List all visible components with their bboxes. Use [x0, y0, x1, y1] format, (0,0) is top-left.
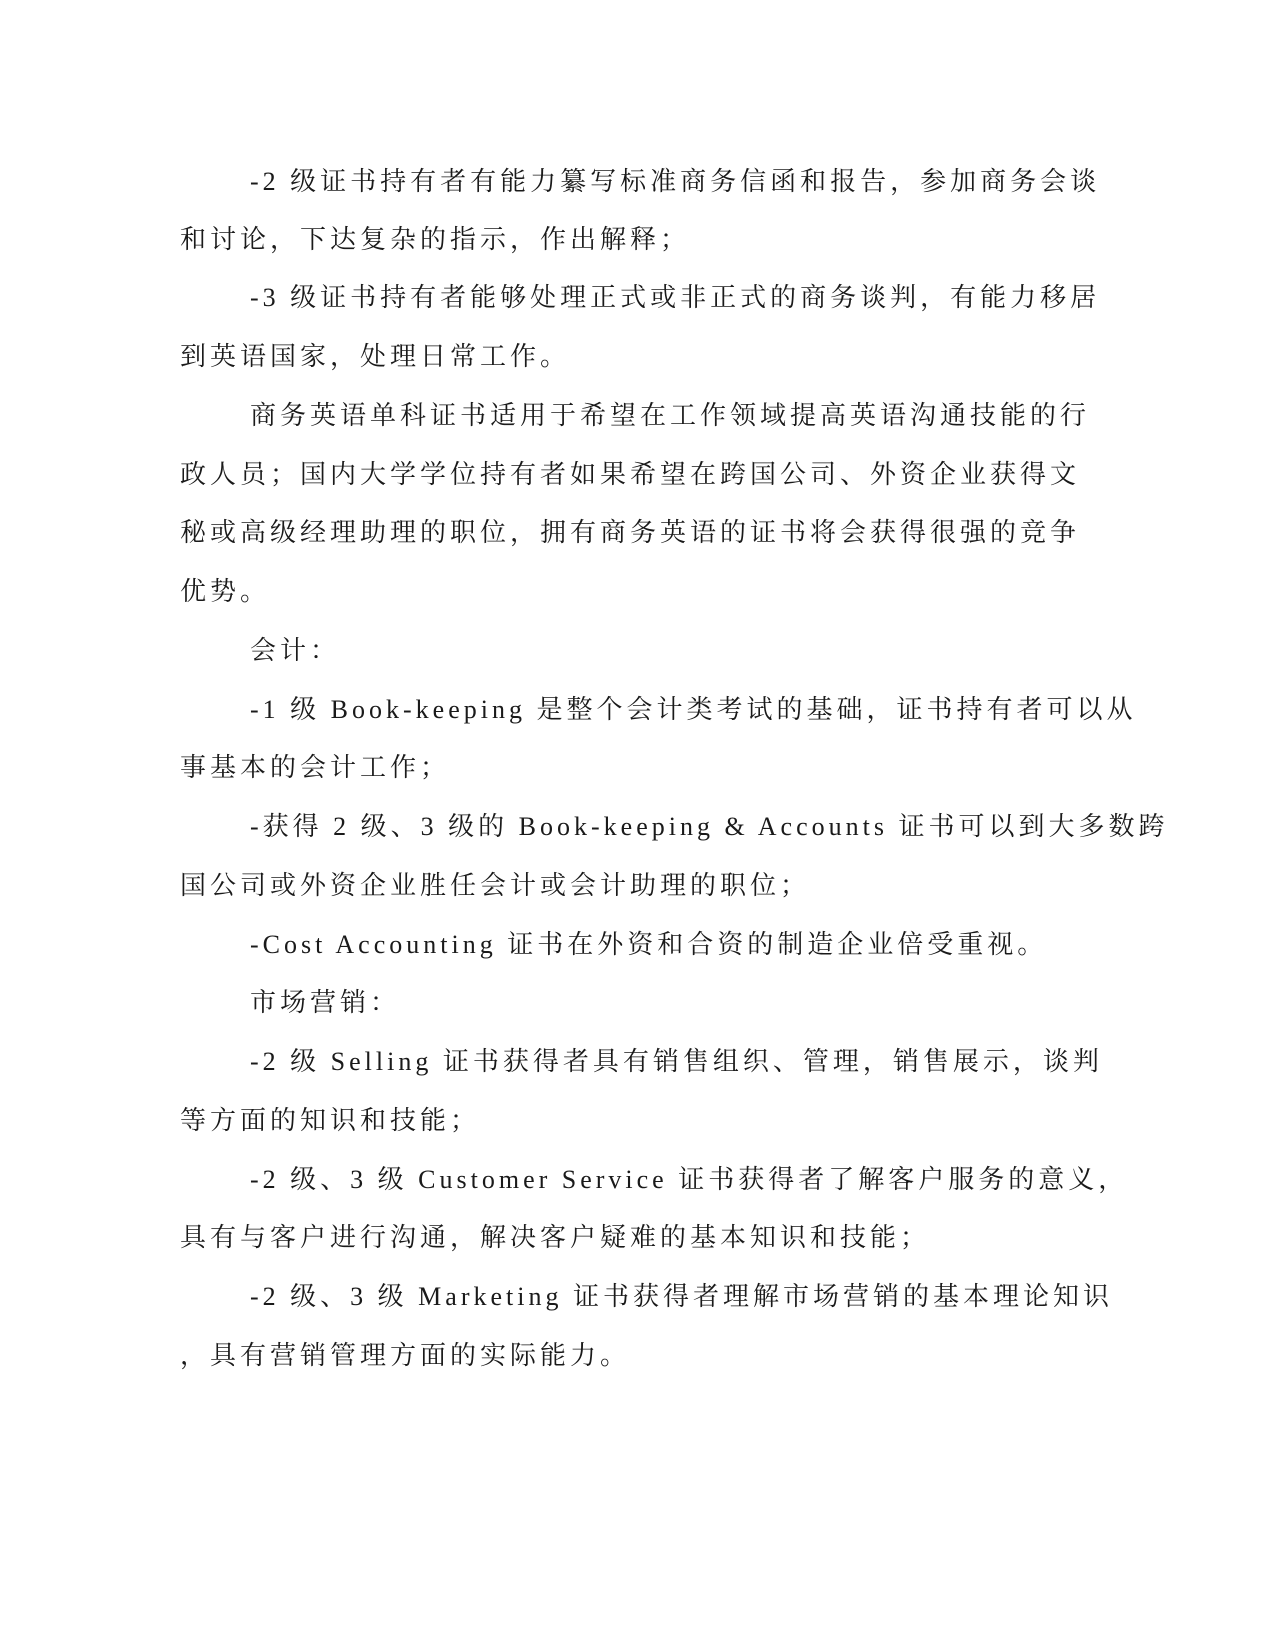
paragraph-marketing-line-1: -2 级、3 级 Marketing 证书获得者理解市场营销的基本理论知识 [250, 1277, 1113, 1317]
paragraph-customer-service-line-1: -2 级、3 级 Customer Service 证书获得者了解客户服务的意义… [250, 1160, 1128, 1200]
marketing-heading: 市场营销： [250, 983, 400, 1023]
paragraph-selling-line-1: -2 级 Selling 证书获得者具有销售组织、管理，销售展示，谈判 [250, 1042, 1103, 1082]
paragraph-selling-line-2: 等方面的知识和技能； [180, 1101, 480, 1141]
paragraph-business-english-level-3-line-2: 到英语国家，处理日常工作。 [180, 337, 570, 377]
paragraph-business-english-level-2-line-2: 和讨论，下达复杂的指示，作出解释； [180, 220, 690, 260]
document-page: -2 级证书持有者有能力纂写标准商务信函和报告，参加商务会谈 和讨论，下达复杂的… [0, 0, 1275, 1650]
paragraph-business-english-level-3-line-1: -3 级证书持有者能够处理正式或非正式的商务谈判，有能力移居 [250, 278, 1100, 318]
paragraph-accounting-level-2-3-line-1: -获得 2 级、3 级的 Book-keeping & Accounts 证书可… [250, 807, 1168, 847]
paragraph-business-english-level-2-line-1: -2 级证书持有者有能力纂写标准商务信函和报告，参加商务会谈 [250, 162, 1100, 202]
paragraph-cost-accounting: -Cost Accounting 证书在外资和合资的制造企业倍受重视。 [250, 925, 1047, 965]
paragraph-marketing-line-2: ，具有营销管理方面的实际能力。 [180, 1336, 630, 1376]
paragraph-accounting-level-1-line-2: 事基本的会计工作； [180, 748, 450, 788]
paragraph-single-subject-line-1: 商务英语单科证书适用于希望在工作领域提高英语沟通技能的行 [250, 396, 1090, 436]
paragraph-customer-service-line-2: 具有与客户进行沟通，解决客户疑难的基本知识和技能； [180, 1218, 930, 1258]
paragraph-accounting-level-1-line-1: -1 级 Book-keeping 是整个会计类考试的基础，证书持有者可以从 [250, 690, 1136, 730]
paragraph-single-subject-line-4: 优势。 [180, 572, 270, 612]
paragraph-accounting-level-2-3-line-2: 国公司或外资企业胜任会计或会计助理的职位； [180, 866, 810, 906]
accounting-heading: 会计： [250, 631, 340, 671]
paragraph-single-subject-line-3: 秘或高级经理助理的职位，拥有商务英语的证书将会获得很强的竞争 [180, 513, 1080, 553]
paragraph-single-subject-line-2: 政人员；国内大学学位持有者如果希望在跨国公司、外资企业获得文 [180, 455, 1080, 495]
